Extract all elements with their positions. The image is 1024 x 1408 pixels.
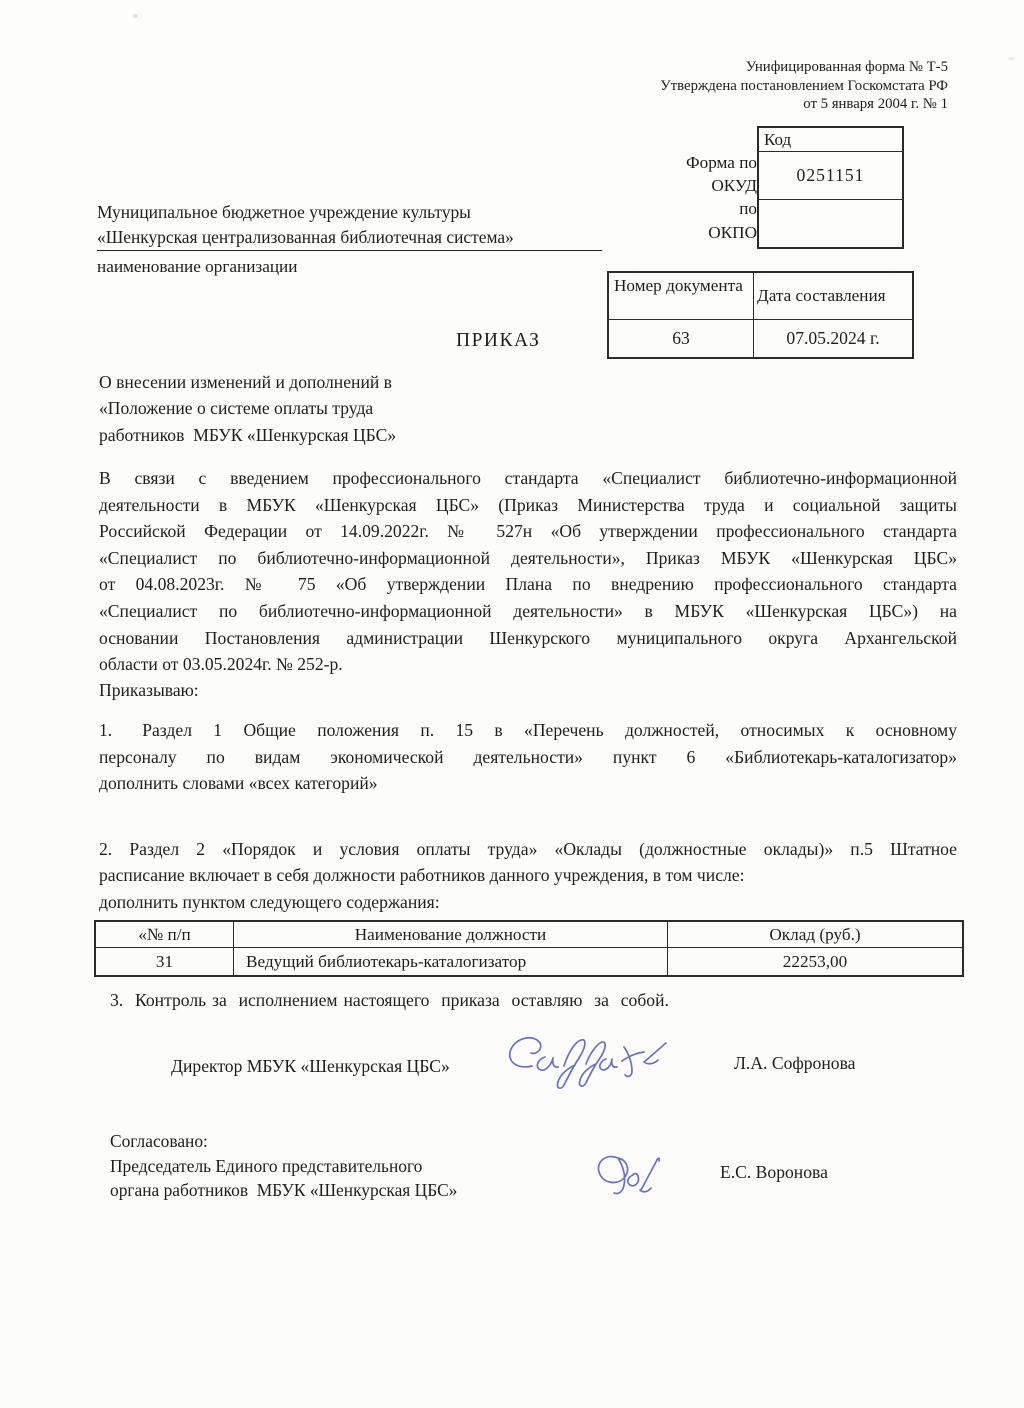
intro-line: В связи с введением профессионального ст… (99, 465, 957, 492)
order-item-2: 2. Раздел 2 «Порядок и условия оплаты тр… (99, 836, 957, 915)
organization-name: «Шенкурская централизованная библиотечна… (97, 223, 602, 251)
code-label-line: по (686, 197, 757, 220)
intro-line: Российской Федерации от 14.09.2022г. № 5… (99, 518, 957, 545)
order-item-1: 1.Раздел 1 Общие положения п. 15 в «Пере… (99, 717, 957, 797)
organization-block: Муниципальное бюджетное учреждение культ… (97, 201, 602, 278)
order-item-3: 3. Контроль за исполнением настоящего пр… (110, 990, 669, 1011)
code-label-line: ОКУД (686, 174, 757, 197)
form-note-line: Унифицированная форма № Т-5 (660, 58, 948, 77)
item2-line: дополнить пунктом следующего содержания: (99, 889, 957, 915)
scan-speck (133, 14, 138, 18)
order-title: ПРИКАЗ (456, 330, 540, 352)
code-labels: Форма по ОКУД по ОКПО (686, 151, 757, 244)
order-subject: О внесении изменений и дополнений в «Пол… (99, 369, 396, 448)
okud-value-cell: 0251151 (759, 152, 902, 200)
chairman-title-line: Председатель Единого представительного (110, 1156, 422, 1177)
salary-cell-position: Ведущий библиотекарь-каталогизатор (234, 948, 668, 975)
item2-line: 2. Раздел 2 «Порядок и условия оплаты тр… (99, 836, 957, 862)
item1-line: персоналу по видам экономической деятель… (99, 744, 957, 771)
intro-line: деятельности в МБУК «Шенкурская ЦБС» (Пр… (99, 492, 957, 519)
intro-line: «Специалист по библиотечно-информационно… (99, 598, 957, 625)
form-note: Унифицированная форма № Т-5 Утверждена п… (660, 58, 948, 114)
salary-table: «№ п/п Наименование должности Оклад (руб… (94, 920, 964, 977)
intro-line: области от 03.05.2024г. № 252-р. (99, 651, 957, 678)
salary-col-header: «№ п/п (96, 922, 234, 948)
item1-text: Раздел 1 Общие положения п. 15 в «Перече… (142, 720, 957, 740)
doc-date-header: Дата составления (754, 273, 912, 320)
code-label-line: ОКПО (686, 221, 757, 244)
salary-col-header: Наименование должности (234, 922, 668, 948)
form-note-line: Утверждена постановлением Госкомстата РФ (660, 77, 948, 96)
director-signature-icon (498, 1026, 698, 1100)
item1-line: 1.Раздел 1 Общие положения п. 15 в «Пере… (99, 717, 957, 744)
doc-number-table: Номер документа Дата составления 63 07.0… (607, 271, 914, 359)
chairman-title-line: органа работников МБУК «Шенкурская ЦБС» (110, 1180, 457, 1201)
salary-cell-amount: 22253,00 (668, 948, 962, 975)
intro-paragraph: В связи с введением профессионального ст… (99, 465, 957, 678)
director-name: Л.А. Софронова (734, 1053, 855, 1074)
item1-line: дополнить словами «всех категорий» (99, 770, 957, 797)
ordering-word: Приказываю: (99, 680, 199, 701)
form-note-line: от 5 января 2004 г. № 1 (660, 95, 948, 114)
item1-number: 1. (99, 720, 112, 740)
chairman-signature (588, 1144, 674, 1211)
code-table-header: Код (759, 128, 902, 152)
organization-caption: наименование организации (97, 256, 602, 278)
agreed-label: Согласовано: (110, 1131, 208, 1152)
organization-type: Муниципальное бюджетное учреждение культ… (97, 201, 602, 223)
chairman-name: Е.С. Воронова (720, 1162, 828, 1183)
director-signature (498, 1026, 698, 1105)
chairman-signature-icon (588, 1144, 674, 1206)
scanned-order-document: Унифицированная форма № Т-5 Утверждена п… (0, 0, 1024, 1408)
salary-col-header: Оклад (руб.) (668, 922, 962, 948)
intro-line: «Специалист по библиотечно-информационно… (99, 545, 957, 572)
intro-line: основании Постановления администрации Ше… (99, 625, 957, 652)
code-label-line: Форма по (686, 151, 757, 174)
okpo-value-cell (759, 200, 902, 247)
intro-line: от 04.08.2023г. № 75 «Об утверждении Пла… (99, 571, 957, 598)
okud-code-table: Код 0251151 (757, 126, 904, 249)
doc-number-value: 63 (609, 320, 754, 357)
doc-number-header: Номер документа (609, 273, 754, 320)
subject-line: работников МБУК «Шенкурская ЦБС» (99, 422, 396, 448)
scan-speck (1008, 57, 1015, 60)
item2-line: расписание включает в себя должности раб… (99, 862, 957, 888)
director-title: Директор МБУК «Шенкурская ЦБС» (171, 1056, 450, 1077)
subject-line: «Положение о системе оплаты труда (99, 395, 396, 421)
subject-line: О внесении изменений и дополнений в (99, 369, 396, 395)
doc-date-value: 07.05.2024 г. (754, 320, 912, 357)
salary-cell-number: 31 (96, 948, 234, 975)
